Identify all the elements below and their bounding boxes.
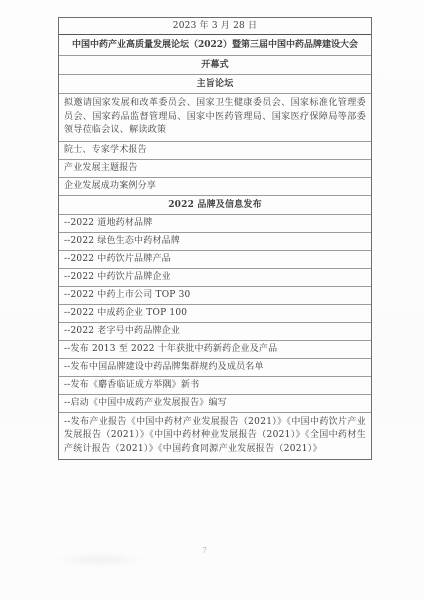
table-row-item: --发布 2013 至 2022 十年获批中药新药企业及产品: [59, 341, 371, 359]
scanned-document-page: 2023 年 3 月 28 日 中国中药产业高质量发展论坛（2022）暨第三届中…: [0, 0, 424, 600]
table-row-item: --发布中国品牌建设中药品牌集群规约及成员名单: [59, 359, 371, 377]
page-number: 7: [202, 546, 207, 555]
table-row-item: 产业发展主题报告: [59, 160, 371, 178]
table-row-section-heading: 开幕式: [59, 56, 371, 75]
table-row-date: 2023 年 3 月 28 日: [59, 18, 371, 35]
table-row-item: --启动《中国中成药产业发展报告》编写: [59, 395, 371, 413]
table-row-paragraph: 拟邀请国家发展和改革委员会、国家卫生健康委员会、国家标准化管理委员会、国家药品监…: [59, 94, 371, 142]
table-row-item: --发布《麝香临证成方举隅》新书: [59, 377, 371, 395]
table-row-section-heading: 主旨论坛: [59, 75, 371, 94]
table-row-section-heading: 2022 品牌及信息发布: [59, 196, 371, 215]
table-row-item: --2022 绿色生态中药材品牌: [59, 233, 371, 251]
table-row-paragraph: --发布产业报告《中国中药材产业发展报告（2021）》《中国中药饮片产业发展报告…: [59, 413, 371, 460]
table-row-item: --2022 中药饮片品牌产品: [59, 251, 371, 269]
table-row-item: --2022 道地药材品牌: [59, 215, 371, 233]
table-row-item: 企业发展成功案例分享: [59, 178, 371, 196]
scan-artifact: [55, 552, 145, 568]
table-row-item: --2022 中药上市公司 TOP 30: [59, 287, 371, 305]
agenda-table: 2023 年 3 月 28 日 中国中药产业高质量发展论坛（2022）暨第三届中…: [58, 17, 372, 460]
table-row-item: 院士、专家学术报告: [59, 142, 371, 160]
table-row-item: --2022 中成药企业 TOP 100: [59, 305, 371, 323]
table-row-item: --2022 中药饮片品牌企业: [59, 269, 371, 287]
table-row-item: --2022 老字号中药品牌企业: [59, 323, 371, 341]
table-row-conference-title: 中国中药产业高质量发展论坛（2022）暨第三届中国中药品牌建设大会: [59, 35, 371, 56]
